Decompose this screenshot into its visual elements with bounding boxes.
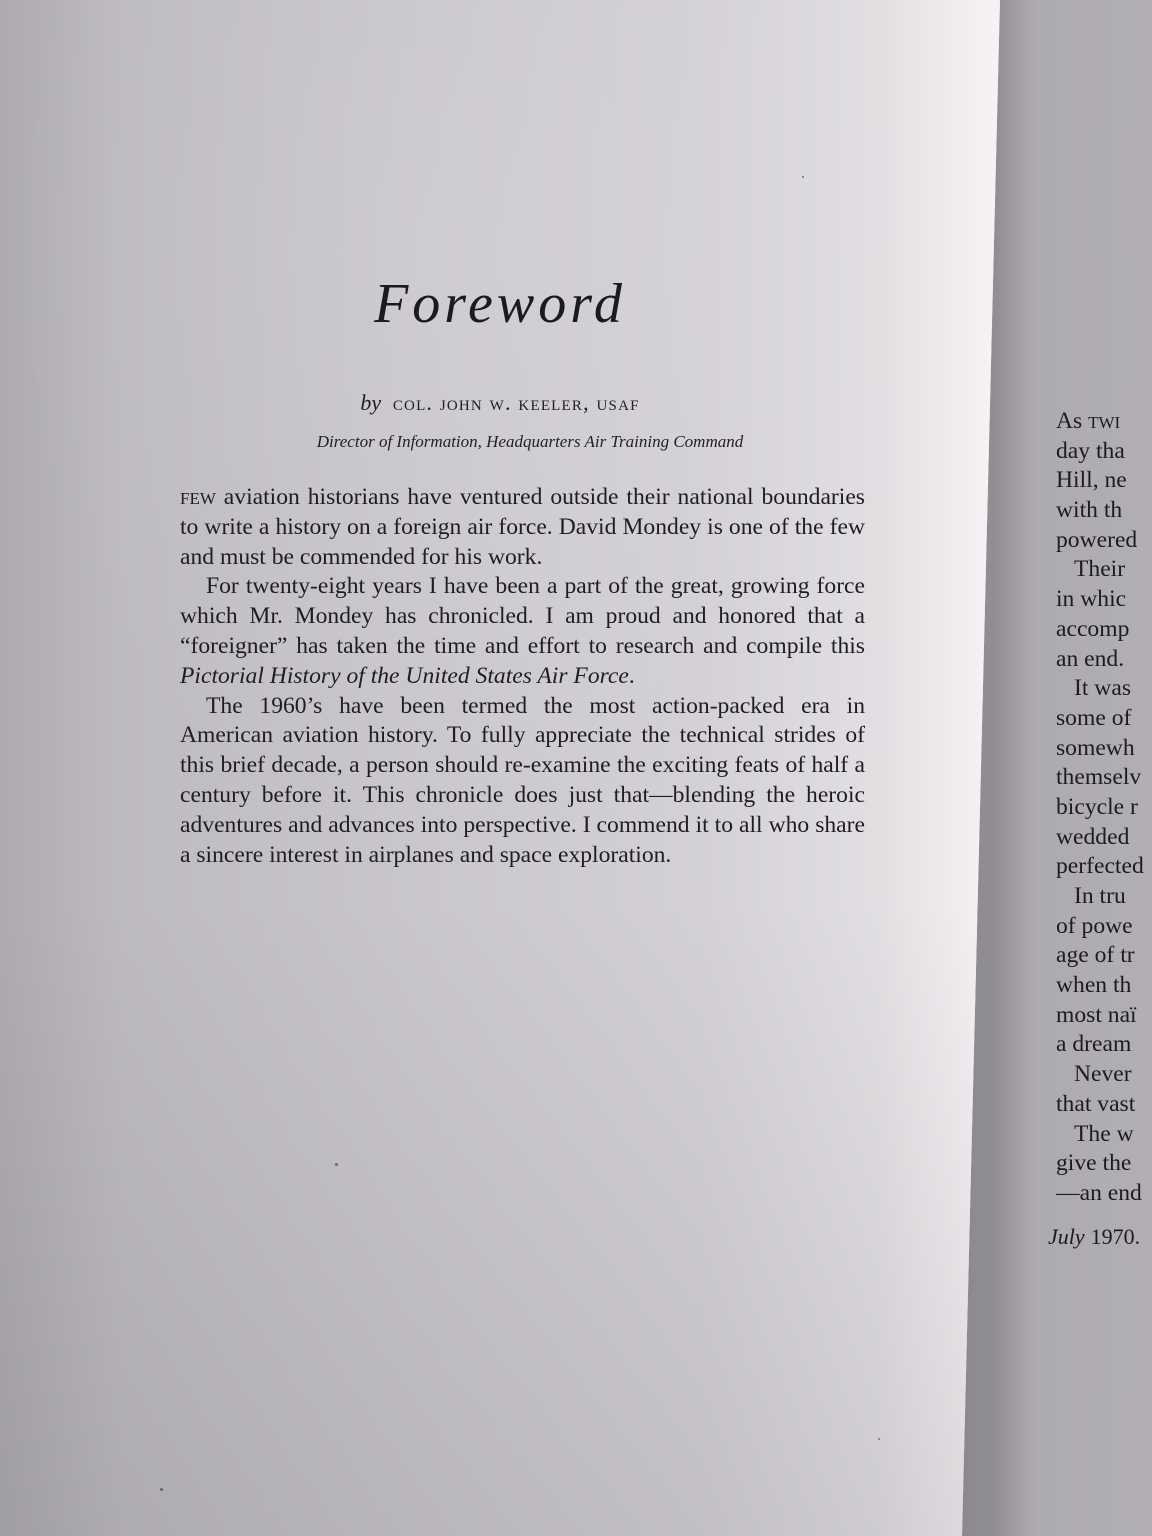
author-name: COL. JOHN W. KEELER, USAF: [393, 390, 640, 415]
right-line: most naï: [1056, 1001, 1152, 1031]
right-line: themselv: [1056, 763, 1152, 793]
right-page-text: As twi day tha Hill, ne with th powered …: [1056, 407, 1152, 1209]
right-line-small-caps: twi: [1088, 408, 1120, 434]
right-line: Never: [1056, 1060, 1152, 1090]
right-line: of powe: [1056, 912, 1152, 942]
right-line: The w: [1056, 1120, 1152, 1150]
right-line: day tha: [1056, 437, 1152, 467]
foreword-body: Few aviation historians have ventured ou…: [180, 483, 865, 870]
page-title: Foreword: [0, 272, 1000, 336]
right-line: somewh: [1056, 734, 1152, 764]
paper-speck: [878, 1438, 880, 1440]
paragraph-3: The 1960’s have been termed the most act…: [180, 692, 865, 871]
paper-speck: [802, 176, 804, 178]
paragraph-2: For twenty-eight years I have been a par…: [180, 572, 865, 691]
paragraph-3-text: The 1960’s have been termed the most act…: [180, 693, 865, 868]
paragraph-1: Few aviation historians have ventured ou…: [180, 483, 865, 572]
right-line: that vast: [1056, 1090, 1152, 1120]
right-line: wedded: [1056, 823, 1152, 853]
right-line: As twi: [1056, 407, 1152, 437]
right-line: Their: [1056, 555, 1152, 585]
lead-small-caps: Few: [180, 484, 216, 510]
paragraph-2-text: For twenty-eight years I have been a par…: [180, 573, 865, 659]
byline-by: by: [360, 390, 381, 415]
right-line-text: As: [1056, 408, 1088, 434]
right-line: an end.: [1056, 645, 1152, 675]
right-line: perfected: [1056, 852, 1152, 882]
paper-speck: [160, 1488, 163, 1491]
book-title: Pictorial History of the United States A…: [180, 663, 629, 689]
right-line: some of: [1056, 704, 1152, 734]
right-line: In tru: [1056, 882, 1152, 912]
right-page-date: July1970.: [1048, 1224, 1140, 1250]
right-line: Hill, ne: [1056, 466, 1152, 496]
byline: by COL. JOHN W. KEELER, USAF: [0, 390, 1000, 416]
right-line: with th: [1056, 496, 1152, 526]
right-line: when th: [1056, 971, 1152, 1001]
right-line: accomp: [1056, 615, 1152, 645]
date-month: July: [1048, 1224, 1085, 1249]
right-line: bicycle r: [1056, 793, 1152, 823]
right-line: give the: [1056, 1149, 1152, 1179]
right-line: —an end: [1056, 1179, 1152, 1209]
paragraph-2-end: .: [629, 663, 635, 689]
right-line: powered: [1056, 526, 1152, 556]
date-year: 1970.: [1091, 1224, 1141, 1249]
author-title: Director of Information, Headquarters Ai…: [0, 432, 1060, 452]
paragraph-1-text: aviation historians have ventured outsid…: [180, 484, 865, 570]
paper-speck: [335, 1163, 338, 1166]
right-line: age of tr: [1056, 941, 1152, 971]
right-line: in whic: [1056, 585, 1152, 615]
right-line: It was: [1056, 674, 1152, 704]
right-line: a dream: [1056, 1030, 1152, 1060]
